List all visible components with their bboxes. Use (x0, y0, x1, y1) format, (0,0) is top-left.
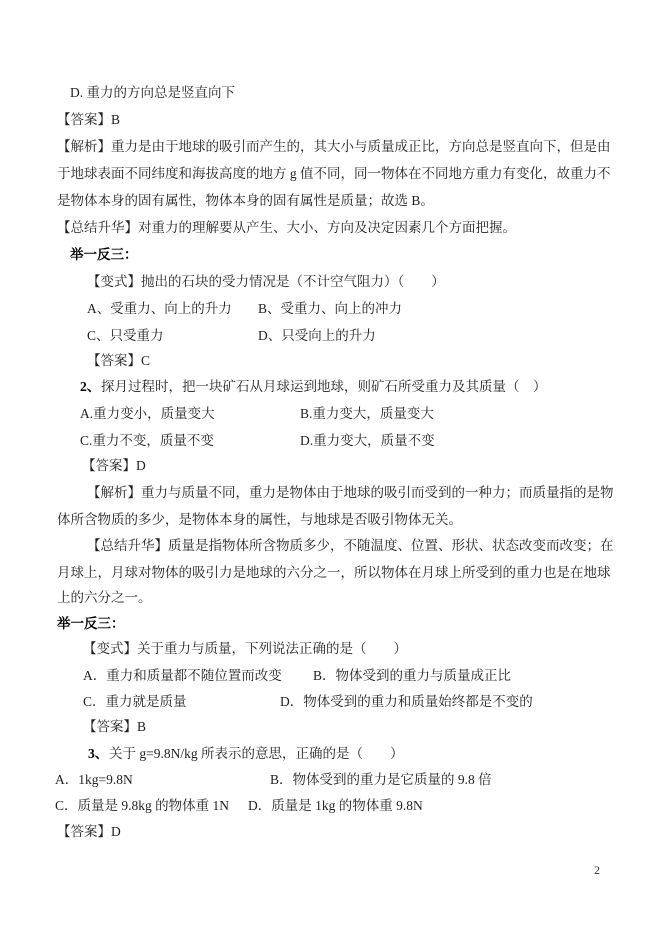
text-line: C.重力不变，质量不变D.重力变大，质量不变 (0, 432, 661, 454)
text-segment: B、受重力、向上的冲力 (258, 300, 402, 318)
text-line: D. 重力的方向总是竖直向下 (0, 84, 661, 106)
text-segment: A、受重力、向上的升力 (87, 300, 232, 318)
text-segment: 体所含物质的多少，是物体本身的属性，与地球是否吸引物体无关。 (57, 511, 462, 529)
text-segment-bold: 2、 (80, 378, 100, 396)
text-segment-bold: 3、 (88, 745, 108, 763)
text-line: 月球上，月球对物体的吸引力是地球的六分之一，所以物体在月球上所受到的重力也是在地… (0, 564, 661, 586)
text-line: A、受重力、向上的升力B、受重力、向上的冲力 (0, 300, 661, 322)
text-segment: 【解析】重力是由于地球的吸引而产生的，其大小与质量成正比，方向总是竖直向下，但是… (57, 138, 611, 156)
text-segment: 于地球表面不同纬度和海拔高度的地方 g 值不同，同一物体在不同地方重力有变化，故… (57, 165, 611, 183)
text-line: 【答案】C (0, 352, 661, 374)
text-line: 【答案】D (0, 823, 661, 845)
text-line: 2、探月过程时，把一块矿石从月球运到地球，则矿石所受重力及其质量（ ） (0, 378, 661, 400)
text-segment: B．物体受到的重力与质量成正比 (313, 667, 511, 685)
text-segment: A．1kg=9.8N (55, 771, 133, 789)
text-segment: D.重力变大，质量不变 (300, 432, 435, 450)
text-segment-bold: 举一反三： (57, 615, 125, 633)
text-line: 【变式】抛出的石块的受力情况是（不计空气阻力）（ ） (0, 273, 661, 295)
text-segment: 【答案】B (83, 718, 146, 736)
text-line: 【答案】D (0, 457, 661, 479)
text-line: 【变式】关于重力与质量，下列说法正确的是（ ） (0, 640, 661, 662)
text-segment: 【变式】关于重力与质量，下列说法正确的是（ ） (83, 640, 407, 658)
text-segment: D、只受向上的升力 (258, 327, 376, 345)
text-segment: 【解析】重力与质量不同，重力是物体由于地球的吸引而受到的一种力；而质量指的是物 (87, 484, 614, 502)
text-segment: B．物体受到的重力是它质量的 9.8 倍 (270, 771, 492, 789)
text-line: C、只受重力D、只受向上的升力 (0, 327, 661, 349)
text-line: 是物体本身的固有属性，物体本身的固有属性是质量；故选 B。 (0, 192, 661, 214)
text-segment: 【答案】D (82, 457, 146, 475)
text-segment: D．物体受到的重力和质量始终都是不变的 (280, 693, 533, 711)
text-line: 体所含物质的多少，是物体本身的属性，与地球是否吸引物体无关。 (0, 511, 661, 533)
text-line: 举一反三： (0, 246, 661, 268)
text-segment: 【答案】B (57, 111, 120, 129)
text-segment: 上的六分之一。 (57, 589, 152, 607)
text-segment: 是物体本身的固有属性，物体本身的固有属性是质量；故选 B。 (57, 192, 434, 210)
text-segment: 【总结升华】质量是指物体所含物质多少，不随温度、位置、形状、状态改变而改变；在 (87, 537, 614, 555)
text-segment-bold: 举一反三： (70, 246, 138, 264)
text-line: 举一反三： (0, 615, 661, 637)
text-segment: 探月过程时，把一块矿石从月球运到地球，则矿石所受重力及其质量（ ） (101, 378, 547, 396)
text-segment: D．质量是 1kg 的物体重 9.8N (248, 797, 423, 815)
text-segment: C、只受重力 (87, 327, 164, 345)
text-line: 【答案】B (0, 718, 661, 740)
text-segment: 【答案】D (57, 823, 121, 841)
text-line: A．1kg=9.8NB．物体受到的重力是它质量的 9.8 倍 (0, 771, 661, 793)
text-segment: 关于 g=9.8N/kg 所表示的意思，正确的是（ ） (109, 745, 404, 763)
text-line: C．质量是 9.8kg 的物体重 1ND．质量是 1kg 的物体重 9.8N (0, 797, 661, 819)
text-line: 【总结升华】对重力的理解要从产生、大小、方向及决定因素几个方面把握。 (0, 219, 661, 241)
text-line: 【解析】重力与质量不同，重力是物体由于地球的吸引而受到的一种力；而质量指的是物 (0, 484, 661, 506)
text-segment: D. 重力的方向总是竖直向下 (70, 84, 235, 102)
text-line: 上的六分之一。 (0, 589, 661, 611)
text-segment: 【变式】抛出的石块的受力情况是（不计空气阻力）（ ） (87, 273, 445, 291)
text-line: A．重力和质量都不随位置而改变B．物体受到的重力与质量成正比 (0, 667, 661, 689)
text-segment: C．重力就是质量 (83, 693, 187, 711)
text-segment: A.重力变小，质量变大 (80, 405, 215, 423)
text-line: 【答案】B (0, 111, 661, 133)
document-page: D. 重力的方向总是竖直向下【答案】B【解析】重力是由于地球的吸引而产生的，其大… (0, 0, 661, 935)
page-number: 2 (594, 863, 600, 878)
text-segment: 月球上，月球对物体的吸引力是地球的六分之一，所以物体在月球上所受到的重力也是在地… (57, 564, 611, 582)
text-segment: 【总结升华】对重力的理解要从产生、大小、方向及决定因素几个方面把握。 (57, 219, 516, 237)
text-line: A.重力变小，质量变大B.重力变大，质量变大 (0, 405, 661, 427)
text-segment: A．重力和质量都不随位置而改变 (83, 667, 282, 685)
text-line: 【总结升华】质量是指物体所含物质多少，不随温度、位置、形状、状态改变而改变；在 (0, 537, 661, 559)
text-line: 于地球表面不同纬度和海拔高度的地方 g 值不同，同一物体在不同地方重力有变化，故… (0, 165, 661, 187)
text-line: C．重力就是质量D．物体受到的重力和质量始终都是不变的 (0, 693, 661, 715)
text-line: 3、关于 g=9.8N/kg 所表示的意思，正确的是（ ） (0, 745, 661, 767)
text-segment: B.重力变大，质量变大 (300, 405, 434, 423)
text-line: 【解析】重力是由于地球的吸引而产生的，其大小与质量成正比，方向总是竖直向下，但是… (0, 138, 661, 160)
text-segment: C.重力不变，质量不变 (80, 432, 214, 450)
text-segment: C．质量是 9.8kg 的物体重 1N (55, 797, 229, 815)
text-segment: 【答案】C (87, 352, 150, 370)
